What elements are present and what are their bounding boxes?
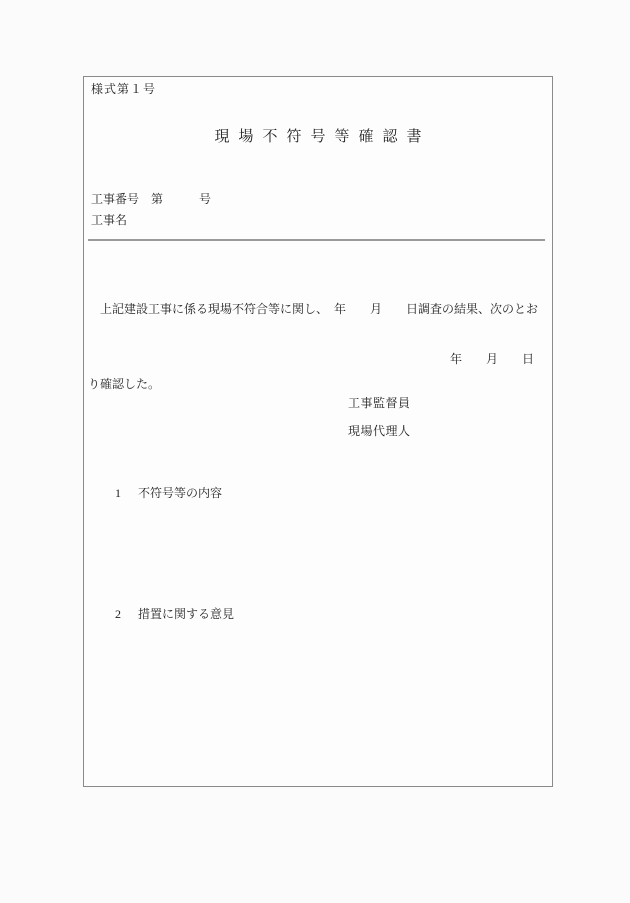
signature-site-agent: 現場代理人 — [348, 422, 411, 439]
divider-line — [88, 239, 545, 241]
section-discrepancy-content: 1不符号等の内容 — [97, 469, 222, 516]
form-sheet: 様式第１号 現場不符号等確認書 工事番号 第 号 工事名 上記建設工事に係る現場… — [83, 76, 553, 787]
section-2-label: 措置に関する意見 — [138, 607, 234, 621]
form-number: 様式第１号 — [91, 80, 156, 97]
section-measures-opinion: 2措置に関する意見 — [97, 590, 234, 637]
document-title: 現場不符号等確認書 — [84, 125, 552, 146]
project-number-field: 工事番号 第 号 — [91, 190, 211, 207]
signature-site-supervisor: 工事監督員 — [348, 394, 411, 411]
page: 様式第１号 現場不符号等確認書 工事番号 第 号 工事名 上記建設工事に係る現場… — [0, 0, 630, 903]
body-line-2: り確認した。 — [88, 372, 550, 397]
date-blank-line: 年 月 日 — [84, 350, 552, 367]
section-2-number: 2 — [115, 607, 138, 622]
project-name-field: 工事名 — [91, 211, 127, 228]
section-1-label: 不符号等の内容 — [138, 486, 222, 500]
body-line-1: 上記建設工事に係る現場不符合等に関し、 年 月 日調査の結果、次のとお — [88, 297, 550, 322]
body-paragraph: 上記建設工事に係る現場不符合等に関し、 年 月 日調査の結果、次のとお り確認し… — [88, 247, 550, 447]
section-1-number: 1 — [115, 486, 138, 501]
